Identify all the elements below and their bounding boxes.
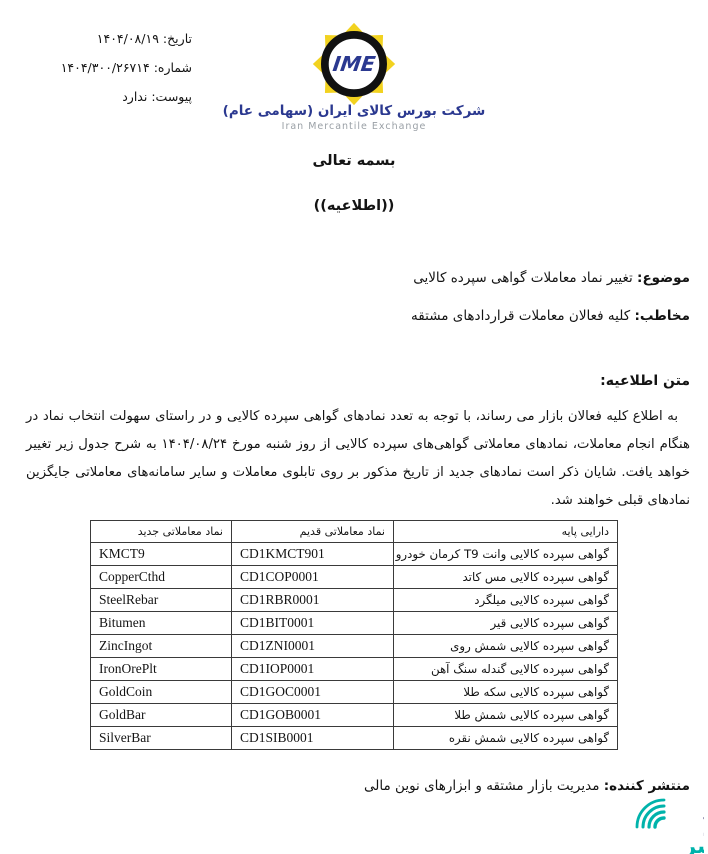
publisher-value: مدیریت بازار مشتقه و ابزارهای نوین مالی	[364, 778, 599, 794]
document-page: تاریخ: ۱۴۰۴/۰۸/۱۹ شماره: ۱۴۰۴/۳۰۰/۲۶۷۱۴ …	[0, 0, 708, 854]
body-paragraph: به اطلاع کلیه فعالان بازار می رساند، با …	[26, 403, 690, 515]
khabar-kala-watermark-icon: کالا خبر	[608, 790, 704, 854]
audience-value: کلیه فعالان معاملات قراردادهای مشتقه	[411, 308, 630, 324]
old-symbol-cell: CD1RBR0001	[232, 589, 394, 612]
base-asset-cell: گواهی سپرده کالایی قیر	[394, 612, 618, 635]
svg-text:IME: IME	[331, 52, 377, 76]
ime-logo-block: IME شرکت بورس کالای ایران (سهامی عام) Ir…	[0, 22, 708, 133]
table-row: گواهی سپرده کالایی وانت T9 کرمان خودروCD…	[91, 543, 618, 566]
new-symbol-cell: SteelRebar	[91, 589, 232, 612]
notice-title: ((اطلاعیه))	[0, 198, 708, 214]
table-row: گواهی سپرده کالایی شمش طلاCD1GOB0001Gold…	[91, 704, 618, 727]
base-asset-cell: گواهی سپرده کالایی شمش نقره	[394, 727, 618, 750]
base-asset-cell: گواهی سپرده کالایی میلگرد	[394, 589, 618, 612]
header-new-symbol: نماد معاملاتی جدید	[91, 521, 232, 543]
new-symbol-cell: GoldBar	[91, 704, 232, 727]
base-asset-cell: گواهی سپرده کالایی مس کاتد	[394, 566, 618, 589]
subject-value: تغییر نماد معاملات گواهی سپرده کالایی	[413, 270, 633, 286]
company-name-en: Iran Mercantile Exchange	[0, 120, 708, 133]
old-symbol-cell: CD1SIB0001	[232, 727, 394, 750]
base-asset-cell: گواهی سپرده کالایی شمش طلا	[394, 704, 618, 727]
old-symbol-cell: CD1IOP0001	[232, 658, 394, 681]
symbols-table: دارایی پایه نماد معاملاتی قدیم نماد معام…	[90, 520, 618, 750]
base-asset-cell: گواهی سپرده کالایی سکه طلا	[394, 681, 618, 704]
ime-logo-icon: IME	[311, 22, 397, 106]
header-base-asset: دارایی پایه	[394, 521, 618, 543]
subject-label: موضوع:	[637, 270, 690, 286]
body-heading: متن اطلاعیه:	[600, 373, 690, 389]
table-row: گواهی سپرده کالایی سکه طلاCD1GOC0001Gold…	[91, 681, 618, 704]
old-symbol-cell: CD1KMCT901	[232, 543, 394, 566]
basmala-title: بسمه تعالی	[0, 153, 708, 169]
new-symbol-cell: SilverBar	[91, 727, 232, 750]
subject-line: موضوع: تغییر نماد معاملات گواهی سپرده کا…	[413, 270, 690, 286]
watermark-word-bottom: خبر	[683, 834, 704, 854]
header-old-symbol: نماد معاملاتی قدیم	[232, 521, 394, 543]
new-symbol-cell: IronOrePlt	[91, 658, 232, 681]
audience-line: مخاطب: کلیه فعالان معاملات قراردادهای مش…	[411, 308, 690, 324]
new-symbol-cell: KMCT9	[91, 543, 232, 566]
symbol-table-body: گواهی سپرده کالایی وانت T9 کرمان خودروCD…	[91, 543, 618, 750]
table-row: گواهی سپرده کالایی گندله سنگ آهنCD1IOP00…	[91, 658, 618, 681]
audience-label: مخاطب:	[634, 308, 690, 324]
table-row: گواهی سپرده کالایی مس کاتدCD1COP0001Copp…	[91, 566, 618, 589]
old-symbol-cell: CD1GOB0001	[232, 704, 394, 727]
base-asset-cell: گواهی سپرده کالایی گندله سنگ آهن	[394, 658, 618, 681]
new-symbol-cell: CopperCthd	[91, 566, 232, 589]
old-symbol-cell: CD1GOC0001	[232, 681, 394, 704]
new-symbol-cell: Bitumen	[91, 612, 232, 635]
base-asset-cell: گواهی سپرده کالایی شمش روی	[394, 635, 618, 658]
table-row: گواهی سپرده کالایی شمش نقرهCD1SIB0001Sil…	[91, 727, 618, 750]
old-symbol-cell: CD1ZNI0001	[232, 635, 394, 658]
old-symbol-cell: CD1COP0001	[232, 566, 394, 589]
table-header-row: دارایی پایه نماد معاملاتی قدیم نماد معام…	[91, 521, 618, 543]
table-row: گواهی سپرده کالایی میلگردCD1RBR0001Steel…	[91, 589, 618, 612]
table-row: گواهی سپرده کالایی قیرCD1BIT0001Bitumen	[91, 612, 618, 635]
base-asset-cell: گواهی سپرده کالایی وانت T9 کرمان خودرو	[394, 543, 618, 566]
table-row: گواهی سپرده کالایی شمش رویCD1ZNI0001Zinc…	[91, 635, 618, 658]
new-symbol-cell: GoldCoin	[91, 681, 232, 704]
company-name-fa: شرکت بورس کالای ایران (سهامی عام)	[0, 103, 708, 120]
new-symbol-cell: ZincIngot	[91, 635, 232, 658]
old-symbol-cell: CD1BIT0001	[232, 612, 394, 635]
